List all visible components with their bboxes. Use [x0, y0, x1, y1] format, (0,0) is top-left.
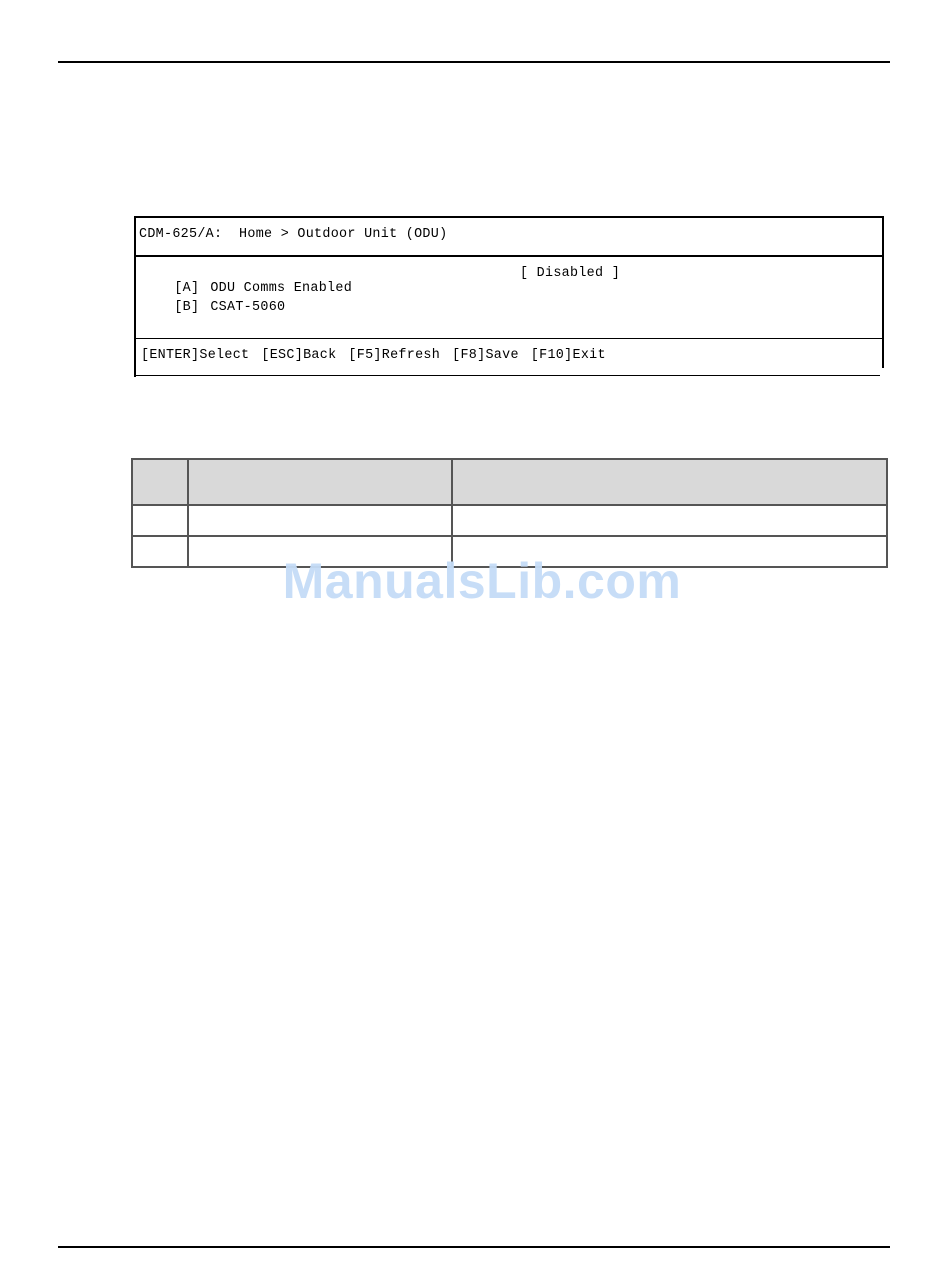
hint-esc-key[interactable]: [ESC] — [261, 348, 303, 363]
menu-item-key: [B] — [174, 300, 210, 315]
hint-f5-key[interactable]: [F5] — [348, 348, 381, 363]
terminal-title-divider — [134, 255, 884, 257]
terminal-border-right — [882, 216, 884, 368]
hint-f10-action: Exit — [572, 348, 605, 363]
watermark: ManualsLib.com — [266, 552, 698, 610]
hint-f5-action: Refresh — [382, 348, 440, 363]
table-cell — [452, 505, 887, 536]
table-cell — [132, 505, 188, 536]
terminal-key-hints: [ENTER]Select[ESC]Back[F5]Refresh[F8]Sav… — [141, 348, 606, 363]
menu-item-label: CSAT-5060 — [210, 300, 285, 315]
table-cell — [188, 505, 452, 536]
odu-comms-value[interactable]: [ Disabled ] — [520, 266, 620, 281]
terminal-footer-divider — [134, 338, 884, 339]
table-cell — [132, 536, 188, 567]
table-header-cell — [452, 459, 887, 505]
hint-f8-key[interactable]: [F8] — [452, 348, 485, 363]
page-footer-rule — [58, 1246, 890, 1248]
table-row — [132, 505, 887, 536]
hint-f8-action: Save — [485, 348, 518, 363]
hint-enter-key[interactable]: [ENTER] — [141, 348, 199, 363]
terminal-screen: CDM-625/A: Home > Outdoor Unit (ODU) [A]… — [134, 216, 884, 377]
terminal-border-bottom — [134, 375, 880, 376]
menu-item-csat-5060[interactable]: [B]CSAT-5060 — [141, 285, 285, 330]
page-header-rule — [58, 61, 890, 63]
hint-enter-action: Select — [199, 348, 249, 363]
hint-esc-action: Back — [303, 348, 336, 363]
terminal-breadcrumb: CDM-625/A: Home > Outdoor Unit (ODU) — [139, 227, 447, 242]
table-header-cell — [132, 459, 188, 505]
table-header-row — [132, 459, 887, 505]
hint-f10-key[interactable]: [F10] — [531, 348, 573, 363]
table-header-cell — [188, 459, 452, 505]
terminal-border-top — [134, 216, 884, 218]
terminal-border-left — [134, 216, 136, 377]
